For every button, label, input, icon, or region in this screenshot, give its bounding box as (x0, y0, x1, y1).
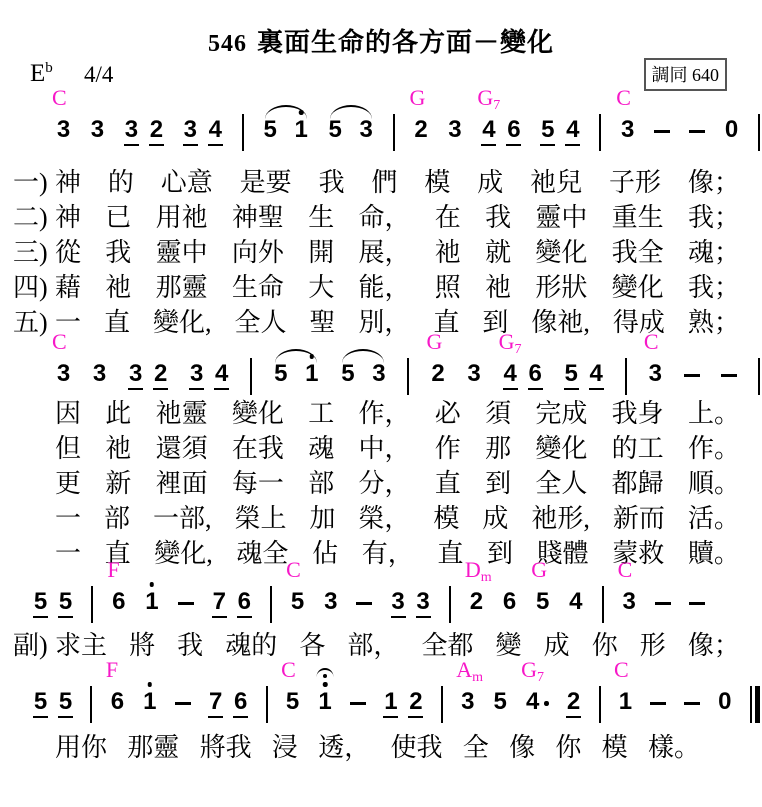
sustain-dash (650, 690, 666, 730)
lyric-segment: 祂 (105, 432, 131, 466)
sustain-dash (356, 590, 372, 630)
slur-group: 53 (328, 118, 374, 158)
verse-label: 副) (13, 629, 55, 663)
note: 1 (144, 590, 159, 630)
sustain-dash (178, 590, 194, 630)
slur-group: 53 (340, 362, 386, 402)
lyric-segment: 但 (55, 432, 81, 466)
note: 1 (318, 690, 333, 730)
lyric-segment: 一部, (153, 502, 212, 536)
note: 5 (493, 690, 508, 730)
lyric-segment: 我 (485, 201, 511, 235)
note: 3 (128, 362, 143, 402)
lyric-line: 二)神已用祂神聖生命，在我靈中重生我； (13, 201, 743, 235)
lyric-segment: 靈中 (535, 201, 587, 235)
lyric-segment: 們 (371, 166, 397, 200)
lyric-segment: 變 (496, 629, 522, 663)
note: 3 (447, 118, 462, 158)
note: 5 (273, 362, 288, 402)
note: 6 (506, 118, 521, 158)
tune-reference-box: 調同 640 (644, 58, 728, 91)
note: G74 (503, 362, 518, 402)
note: 5 (58, 690, 73, 730)
note: 5 (564, 362, 579, 402)
lyric-body: 一部一部,榮上加榮，模成祂形,新而活。 (55, 502, 740, 536)
note: 4 (568, 590, 583, 630)
lyric-segment: 我； (688, 271, 740, 305)
lyric-segment: 藉 (55, 271, 81, 305)
lyric-body: 從我靈中向外開展，祂就變化我全魂； (55, 236, 740, 270)
lyric-segment: 加 (309, 502, 335, 536)
sustain-dash (350, 690, 366, 730)
lyric-segment: 我 (105, 236, 131, 270)
chord-label: C (52, 331, 67, 353)
note: 0 (717, 690, 732, 730)
verse-label: 二) (13, 201, 55, 235)
lyric-segment: 完成 (535, 397, 587, 431)
note: 4 (589, 362, 604, 402)
lyric-segment: 像 (509, 731, 535, 765)
beam-group: 34 (189, 362, 229, 402)
lyric-segment: 直 (435, 467, 461, 501)
lyric-segment: 我 (319, 166, 345, 200)
note: 1 (294, 118, 309, 158)
verse-label (13, 502, 55, 536)
lyric-segment: 順。 (688, 467, 740, 501)
lyric-body: 神已用祂神聖生命，在我靈中重生我； (55, 201, 740, 235)
lyric-segment: 一 (55, 502, 81, 536)
beam-group: 32 (128, 362, 168, 402)
beam-group: 76 (208, 690, 248, 730)
beam-group: 12 (383, 690, 423, 730)
lyric-segment: 祂 (105, 271, 131, 305)
lyric-line: 一部一部,榮上加榮，模成祂形,新而活。 (13, 502, 743, 536)
lyric-segment: 裡面 (156, 467, 208, 501)
lyric-segment: 已 (105, 201, 131, 235)
music-line-chorus-a: 55F6176C5333Dm26G54C3 (33, 560, 705, 630)
lyric-segment: 的 (108, 166, 134, 200)
note: 6 (502, 590, 517, 630)
sustain-dash (684, 690, 700, 730)
chord-label: C (644, 331, 659, 353)
sustain-dash (654, 118, 670, 158)
note: 3 (124, 118, 139, 158)
lyric-segment: 每一 (232, 467, 284, 501)
verse-label: 一) (13, 166, 55, 200)
chord-label: G7 (521, 659, 544, 685)
note: C3 (648, 362, 663, 402)
lyric-segment: 將 (129, 629, 155, 663)
note: C3 (620, 118, 635, 158)
lyric-body: 更新裡面每一部分，直到全人都歸順。 (55, 467, 740, 501)
note: 2 (408, 690, 423, 730)
chord-label: G (427, 331, 443, 353)
barline (242, 114, 244, 151)
music-line-verse-b-row: C3332345153G23G74654C3 (56, 332, 760, 402)
note: 4 (214, 362, 229, 402)
lyric-segment: 魂 (308, 432, 334, 466)
note: Dm2 (469, 590, 484, 630)
chord-label: Dm (465, 559, 492, 585)
note: 2 (149, 118, 164, 158)
barline (758, 114, 760, 151)
note: 3 (359, 118, 374, 158)
note: 6 (233, 690, 248, 730)
note: 3 (323, 590, 338, 630)
lyric-segment: 中， (358, 432, 410, 466)
lyric-segment: 心意 (161, 166, 213, 200)
music-line-chorus-b: 55F6176C5112Am35G742C10 (33, 660, 760, 730)
chord-label: F (106, 659, 118, 681)
barline (266, 686, 268, 723)
beam-group: 54 (564, 362, 604, 402)
lyric-segment: 生 (308, 201, 334, 235)
note: C5 (285, 690, 300, 730)
lyric-segment: 祂靈 (156, 397, 208, 431)
note: 5 (58, 590, 73, 630)
beam-group: 33 (391, 590, 431, 630)
chord-label: G7 (499, 331, 522, 357)
lyric-line: 因此祂靈變化工作，必須完成我身上。 (13, 397, 743, 431)
lyric-segment: 須 (485, 397, 511, 431)
flat-symbol: b (45, 60, 53, 76)
lyric-body: 用你那靈將我浸透，使我全像你模樣。 (55, 731, 700, 765)
lyric-segment: 魂的 (225, 629, 277, 663)
note: 3 (90, 118, 105, 158)
lyric-segment: 成 (544, 629, 570, 663)
lyric-segment: 子形 (609, 166, 661, 200)
note: 4 (565, 118, 580, 158)
sustain-dash (721, 362, 737, 402)
beam-group: 55 (33, 690, 73, 730)
final-barline (750, 686, 760, 723)
lyric-segment: 作 (435, 432, 461, 466)
music-line-verse-a: C3332345153G23G74654C30 (56, 88, 760, 158)
lyric-segment: 在 (435, 201, 461, 235)
chord-label: G (531, 559, 547, 581)
lyric-segment: 新而 (613, 502, 665, 536)
sustain-dash (655, 590, 671, 630)
lyric-body: 求主將我魂的各部，全都變成你形像； (55, 629, 740, 663)
note: 3 (92, 362, 107, 402)
note: 5 (328, 118, 343, 158)
lyric-segment: 作。 (688, 432, 740, 466)
note: Am3 (460, 690, 475, 730)
chord-label: C (614, 659, 629, 681)
lyric-segment: 你 (555, 731, 581, 765)
lyric-segment: 榮， (358, 502, 410, 536)
note: F6 (110, 690, 125, 730)
barline (625, 358, 627, 395)
barline (599, 114, 601, 151)
lyric-segment: 還須 (156, 432, 208, 466)
lyric-segment: 我； (688, 201, 740, 235)
note: 3 (391, 590, 406, 630)
note: 5 (33, 590, 48, 630)
lyric-segment: 到 (485, 467, 511, 501)
note: 2 (153, 362, 168, 402)
lyric-segment: 樣。 (648, 731, 700, 765)
lyric-segment: 作， (358, 397, 410, 431)
note: C3 (56, 362, 71, 402)
lyric-segment: 成 (477, 166, 503, 200)
chord-label: C (286, 559, 301, 581)
lyric-segment: 能， (358, 271, 410, 305)
note: 5 (263, 118, 278, 158)
music-line-verse-b: C3332345153G23G74654C3 (56, 332, 760, 402)
lyric-segment: 模 (424, 166, 450, 200)
music-line-chorus-a-row: 55F6176C5333Dm26G54C3 (33, 560, 705, 630)
lyric-segment: 祂兒 (530, 166, 582, 200)
chord-label: Am (456, 659, 483, 685)
music-line-verse-a-row: C3332345153G23G74654C30 (56, 88, 760, 158)
lyric-segment: 照 (435, 271, 461, 305)
lyric-segment: 全人 (535, 467, 587, 501)
verse-label (13, 467, 55, 501)
beam-group: 54 (540, 118, 580, 158)
note: 1 (142, 690, 157, 730)
note: C3 (622, 590, 637, 630)
note: 7 (212, 590, 227, 630)
note: F6 (111, 590, 126, 630)
lyric-segment: 像； (688, 166, 740, 200)
lyric-line: 用你那靈將我浸透，使我全像你模樣。 (13, 731, 743, 765)
sustain-dash (689, 118, 705, 158)
lyric-segment: 神 (55, 201, 81, 235)
note: 5 (340, 362, 355, 402)
lyric-segment: 祂形, (531, 502, 590, 536)
lyric-segment: 就 (485, 236, 511, 270)
note: C3 (56, 118, 71, 158)
lyric-segment: 重生 (612, 201, 664, 235)
page-title: 546裏面生命的各方面－變化 (0, 22, 762, 59)
note: 6 (237, 590, 252, 630)
lyric-segment: 我全 (612, 236, 664, 270)
lyric-segment: 部， (347, 629, 399, 663)
sustain-dash (175, 690, 191, 730)
lyric-segment: 展， (358, 236, 410, 270)
chord-label: C (616, 87, 631, 109)
note: 3 (416, 590, 431, 630)
note: C5 (290, 590, 305, 630)
lyric-segment: 各 (299, 629, 325, 663)
chord-label: C (618, 559, 633, 581)
music-line-chorus-b-row: 55F6176C5112Am35G742C10 (33, 660, 760, 730)
barline (90, 686, 92, 723)
chord-label: C (281, 659, 296, 681)
lyric-segment: 命， (358, 201, 410, 235)
lyric-segment: 因 (55, 397, 81, 431)
lyric-segment: 開 (308, 236, 334, 270)
lyric-segment: 向外 (232, 236, 284, 270)
note: 3 (467, 362, 482, 402)
lyric-segment: 形 (640, 629, 666, 663)
note: G2 (431, 362, 446, 402)
note: G2 (414, 118, 429, 158)
lyric-segment: 那 (485, 432, 511, 466)
beam-group: G746 (503, 362, 543, 402)
note: 3 (189, 362, 204, 402)
note: G74 (525, 690, 549, 730)
verse-label (13, 432, 55, 466)
lyric-segment: 大 (308, 271, 334, 305)
lyric-segment: 變化 (612, 271, 664, 305)
lyric-segment: 我身 (612, 397, 664, 431)
beam-group: 55 (33, 590, 73, 630)
chord-label: G7 (477, 87, 500, 113)
lyric-segment: 神聖 (232, 201, 284, 235)
time-signature: 4/4 (84, 62, 113, 88)
lyric-segment: 工 (308, 397, 334, 431)
barline (407, 358, 409, 395)
lyric-segment: 變化 (535, 236, 587, 270)
augmentation-dot (544, 701, 549, 706)
lyric-line: 更新裡面每一部分，直到全人都歸順。 (13, 467, 743, 501)
lyric-segment: 部 (104, 502, 130, 536)
verse-label: 四) (13, 271, 55, 305)
lyric-line: 三)從我靈中向外開展，祂就變化我全魂； (13, 236, 743, 270)
lyric-body: 藉祂那靈生命大能，照祂形狀變化我； (55, 271, 740, 305)
lyric-segment: 更 (55, 467, 81, 501)
lyric-segment: 用祂 (156, 201, 208, 235)
barline (441, 686, 443, 723)
lyric-segment: 從 (55, 236, 81, 270)
lyric-segment: 使我 (390, 731, 442, 765)
verse-label: 三) (13, 236, 55, 270)
lyric-segment: 上。 (688, 397, 740, 431)
beam-group: G746 (481, 118, 521, 158)
barline (599, 686, 601, 723)
note: 5 (33, 690, 48, 730)
beam-group: 32 (124, 118, 164, 158)
lyric-segment: 必 (435, 397, 461, 431)
slur-group: 51 (263, 118, 309, 158)
lyric-segment: 在我 (232, 432, 284, 466)
chord-label: C (52, 87, 67, 109)
note: 1 (304, 362, 319, 402)
lyric-segment: 靈中 (156, 236, 208, 270)
lyric-segment: 祂 (485, 271, 511, 305)
key-signature: Eb (30, 60, 53, 88)
lyric-segment: 全 (463, 731, 489, 765)
note: 3 (183, 118, 198, 158)
lyric-segment: 成 (482, 502, 508, 536)
hymn-number: 546 (208, 32, 247, 56)
beam-group: 34 (183, 118, 223, 158)
lyric-segment: 變化 (232, 397, 284, 431)
note: 5 (540, 118, 555, 158)
note: 7 (208, 690, 223, 730)
lyric-segment: 像； (688, 629, 740, 663)
note: 0 (724, 118, 739, 158)
lyric-segment: 那靈 (127, 731, 179, 765)
lyric-line: 一)神的心意是要我們模成祂兒子形像； (13, 166, 743, 200)
sustain-dash (684, 362, 700, 402)
lyric-segment: 浸 (272, 731, 298, 765)
note: 1 (383, 690, 398, 730)
lyric-segment: 用你 (55, 731, 107, 765)
lyric-segment: 透， (318, 731, 370, 765)
note: 2 (566, 690, 581, 730)
beam-group: 76 (212, 590, 252, 630)
sustain-dash (689, 590, 705, 630)
lyric-body: 但祂還須在我魂中，作那變化的工作。 (55, 432, 740, 466)
lyric-segment: 神 (55, 166, 81, 200)
lyric-segment: 魂； (688, 236, 740, 270)
lyric-segment: 生命 (232, 271, 284, 305)
lyric-segment: 形狀 (535, 271, 587, 305)
lyric-segment: 分， (358, 467, 410, 501)
lyric-segment: 求主 (55, 629, 107, 663)
lyric-line: 副)求主將我魂的各部，全都變成你形像； (13, 629, 743, 663)
note: G5 (535, 590, 550, 630)
barline (250, 358, 252, 395)
lyric-segment: 部 (308, 467, 334, 501)
lyric-body: 因此祂靈變化工作，必須完成我身上。 (55, 397, 740, 431)
barline (758, 358, 760, 395)
chord-label: F (107, 559, 119, 581)
lyric-segment: 那靈 (156, 271, 208, 305)
lyric-segment: 我 (177, 629, 203, 663)
slur-group: 51 (273, 362, 319, 402)
lyric-line: 四)藉祂那靈生命大能，照祂形狀變化我； (13, 271, 743, 305)
hymn-title-text: 裏面生命的各方面－變化 (257, 28, 554, 57)
verse-label (13, 731, 55, 765)
note: 3 (371, 362, 386, 402)
lyric-segment: 模 (433, 502, 459, 536)
note: G74 (481, 118, 496, 158)
lyric-segment: 變化 (535, 432, 587, 466)
lyric-segment: 榮上 (234, 502, 286, 536)
note: 6 (528, 362, 543, 402)
lyric-segment: 新 (105, 467, 131, 501)
lyric-segment: 的工 (612, 432, 664, 466)
barline (449, 586, 451, 623)
lyric-line: 但祂還須在我魂中，作那變化的工作。 (13, 432, 743, 466)
note: 4 (208, 118, 223, 158)
lyric-segment: 活。 (688, 502, 740, 536)
lyric-segment: 將我 (200, 731, 252, 765)
barline (602, 586, 604, 623)
barline (393, 114, 395, 151)
verse-label (13, 397, 55, 431)
lyric-segment: 是要 (240, 166, 292, 200)
note: C1 (618, 690, 633, 730)
lyric-segment: 都歸 (612, 467, 664, 501)
barline (270, 586, 272, 623)
chord-label: G (410, 87, 426, 109)
lyric-body: 神的心意是要我們模成祂兒子形像； (55, 166, 740, 200)
barline (91, 586, 93, 623)
lyric-segment: 祂 (435, 236, 461, 270)
lyric-segment: 此 (105, 397, 131, 431)
verse-label: 五) (13, 306, 55, 340)
lyric-segment: 模 (602, 731, 628, 765)
